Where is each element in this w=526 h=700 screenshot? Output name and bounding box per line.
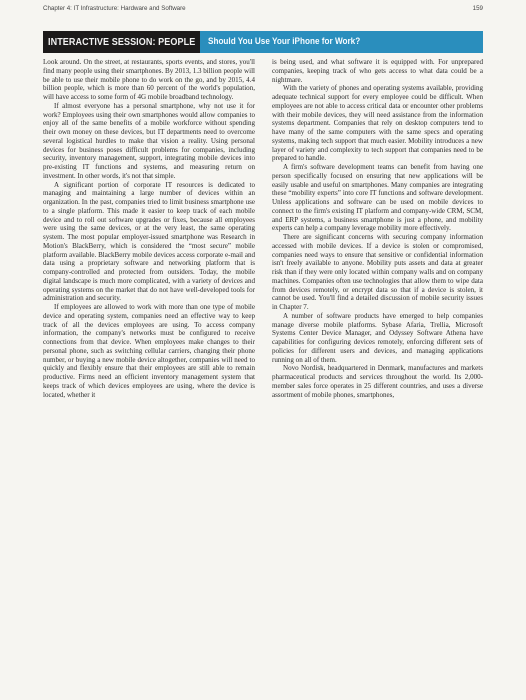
session-banner: INTERACTIVE SESSION: PEOPLE Should You U… [43,31,483,53]
running-head: Chapter 4: IT Infrastructure: Hardware a… [43,3,483,15]
right-column: is being used, and what software it is e… [272,58,483,399]
left-column: Look around. On the street, at restauran… [43,58,255,399]
paragraph: There are significant concerns with secu… [272,233,483,312]
session-title-text: Should You Use Your iPhone for Work? [208,31,360,53]
paragraph: is being used, and what software it is e… [272,58,483,84]
session-title: Should You Use Your iPhone for Work? [200,31,483,53]
paragraph: Novo Nordisk, headquartered in Denmark, … [272,364,483,399]
page-number: 159 [473,5,483,12]
paragraph: A firm's software development teams can … [272,163,483,233]
chapter-title: Chapter 4: IT Infrastructure: Hardware a… [43,5,186,12]
session-label-text: INTERACTIVE SESSION: PEOPLE [48,31,195,53]
paragraph: If almost everyone has a personal smartp… [43,102,255,181]
paragraph: Look around. On the street, at restauran… [43,58,255,102]
paragraph: With the variety of phones and operating… [272,84,483,163]
paragraph: If employees are allowed to work with mo… [43,303,255,399]
paragraph: A significant portion of corporate IT re… [43,181,255,304]
paragraph: A number of software products have emerg… [272,312,483,365]
session-label: INTERACTIVE SESSION: PEOPLE [43,31,200,53]
